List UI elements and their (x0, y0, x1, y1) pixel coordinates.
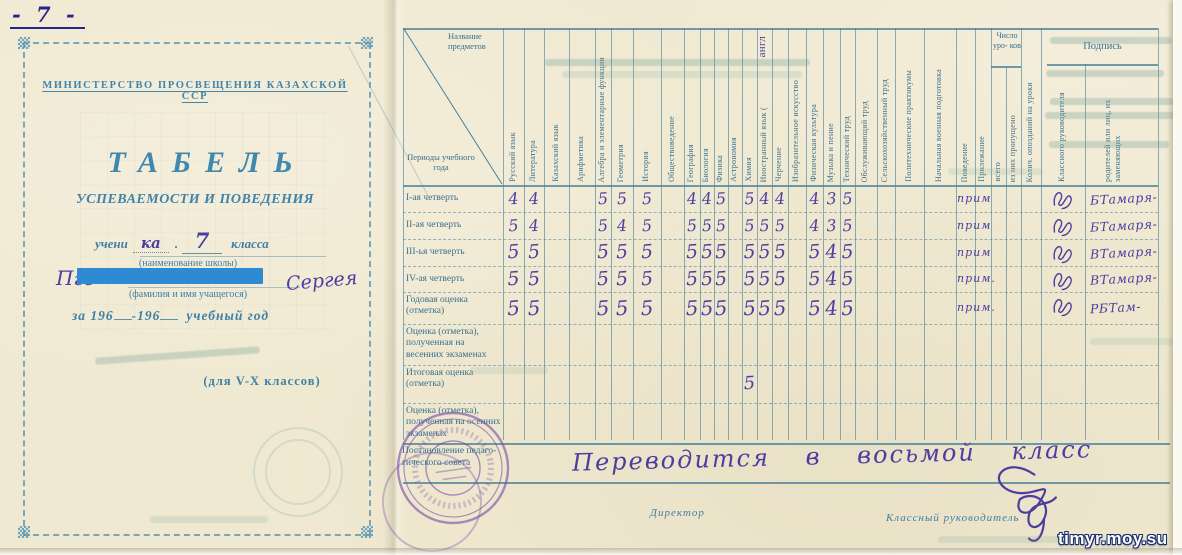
column-header: родителей или лиц, их заменяющих (1103, 68, 1123, 182)
column-header: География (686, 144, 696, 182)
bleed-through-text (1046, 70, 1164, 77)
grade-cell: 5 (805, 238, 824, 266)
column-header: Химия (744, 157, 754, 182)
column-header: Поведение (960, 143, 970, 182)
conduct-note: прим. (957, 272, 993, 285)
teacher-signature (1049, 213, 1079, 239)
grade-cell: 5 (683, 211, 701, 239)
column-header: Геометрия (616, 144, 626, 182)
grade-cell: 5 (632, 265, 662, 293)
class-number-handwriting: 7 (195, 228, 210, 253)
column-line (877, 28, 878, 440)
bleed-through-text (1090, 338, 1175, 345)
name-underline (128, 287, 300, 288)
grade-cell: 5 (713, 292, 729, 325)
scan-edge (0, 548, 1182, 555)
parent-signature: БТамаря- (1090, 216, 1158, 235)
column-line (1158, 28, 1159, 440)
column-line (924, 28, 925, 440)
column-header: Физическая культура (809, 104, 819, 182)
grade-cell: 4 (523, 184, 545, 212)
grade-cell: 4 (805, 211, 824, 239)
bleed-through-text (948, 168, 1043, 175)
bleed-through-text (1049, 141, 1169, 148)
parent-signature: ВТамаря- (1090, 269, 1158, 288)
column-header: Технический труд (842, 116, 852, 182)
column-header: Изобразительное искусство (791, 80, 801, 182)
for-classes-note: (для V-X классов) (162, 374, 362, 389)
column-header: Обществоведение (667, 116, 677, 182)
student-suffix: класса (231, 236, 269, 252)
row-label: IV-ая четверть (406, 274, 501, 285)
council-resolution-label: Постановление педаго- гического совета (402, 446, 527, 470)
grade-cell: 5 (632, 238, 662, 267)
director-label: Директор (650, 507, 705, 519)
grade-cell: 5 (683, 238, 701, 266)
grade-cell: 5 (594, 184, 612, 212)
document-title: ТАБЕЛЬ (60, 146, 340, 180)
grade-cell: 5 (683, 265, 701, 292)
bleed-through-text (1050, 37, 1172, 44)
lessons-count-group-header: Число уро- ков (992, 31, 1022, 50)
parent-signature: РБТам- (1090, 299, 1142, 317)
row-label: II-ая четверть (406, 220, 501, 231)
grade-cell: 5 (523, 291, 545, 324)
grade-cell: 5 (839, 292, 856, 325)
site-watermark: timyr.moy.su (1058, 529, 1168, 549)
parent-signature: БТамаря- (1090, 189, 1158, 208)
scan-edge (1173, 0, 1182, 555)
grade-cell: 5 (610, 184, 634, 212)
border-ornament-icon (361, 37, 373, 49)
grade-cell: 5 (594, 265, 612, 292)
corner-diagonal-line (403, 28, 503, 185)
column-line (569, 28, 570, 440)
dot: . (175, 236, 178, 252)
student-suffix-handwriting: ка (141, 234, 161, 252)
column-header: Русский язык (508, 132, 518, 182)
column-line (1041, 28, 1042, 440)
grade-cell: 5 (713, 212, 729, 240)
column-header: Обслуживающий труд (860, 101, 870, 182)
year-part2: -196 (132, 308, 161, 324)
grade-cell: 5 (839, 212, 856, 240)
grade-cell: 5 (741, 365, 759, 404)
grade-cell: 5 (610, 238, 634, 266)
column-line (1006, 66, 1007, 440)
year-part1: за 196 (72, 308, 114, 324)
grade-cell: 5 (713, 239, 729, 267)
bleed-through-text (470, 367, 548, 374)
grade-cell: 5 (632, 184, 662, 213)
conduct-note: прим. (957, 301, 993, 314)
redaction-bar (77, 268, 263, 284)
grade-cell: 3 (822, 184, 841, 212)
grade-cell: 5 (632, 211, 662, 240)
column-header: Музыка и пение (826, 123, 836, 182)
year-part3: учебный год (186, 308, 269, 324)
grade-cell: 4 (822, 265, 841, 292)
row-label: I-ая четверть (406, 193, 501, 204)
grade-cell: 5 (771, 291, 789, 324)
border-ornament-icon (18, 37, 30, 49)
column-header: Казахский язык (551, 124, 561, 182)
row-line (403, 365, 1158, 366)
column-line (1085, 64, 1086, 440)
grade-cell: 4 (502, 184, 525, 212)
column-header: Сельскохозяйственный труд (880, 79, 890, 182)
column-line (975, 28, 976, 440)
conduct-note: прим (957, 246, 993, 259)
row-label: Оценка (отметка), полученная на весенних… (406, 327, 501, 361)
border-ornament-icon (361, 526, 373, 538)
grade-cell: 5 (523, 265, 545, 292)
grade-cell: 5 (771, 265, 789, 292)
column-header: Биология (701, 148, 711, 182)
column-header: Физика (715, 155, 725, 182)
grade-cell: 5 (502, 211, 525, 239)
row-line (403, 324, 1158, 325)
bleed-through-stamp (265, 439, 331, 505)
bleed-through-text (1050, 98, 1174, 105)
conduct-note: прим (957, 219, 993, 232)
column-header: Классного руководителя (1057, 92, 1067, 182)
grade-cell: 3 (822, 211, 841, 239)
column-header: Политехнические практикумы (904, 70, 914, 182)
conduct-note: прим (957, 192, 993, 205)
grade-cell: 5 (632, 291, 662, 325)
grade-cell: 5 (594, 211, 612, 239)
document-subtitle: УСПЕВАЕМОСТИ И ПОВЕДЕНИЯ (23, 192, 367, 208)
grade-cell: 5 (502, 265, 525, 292)
grade-cell: 5 (713, 185, 729, 213)
student-prefix: учени (95, 236, 128, 252)
column-line (956, 28, 957, 440)
column-header: Литература (528, 140, 538, 182)
grade-cell: 5 (610, 265, 634, 292)
grade-cell: 5 (771, 211, 789, 239)
border-ornament-icon (18, 526, 30, 538)
column-line (1021, 28, 1022, 440)
ministry-header: МИНИСТЕРСТВО ПРОСВЕЩЕНИЯ КАЗАХСКОЙ ССР (36, 80, 354, 102)
parent-signature: ВТамаря- (1090, 243, 1158, 262)
grade-cell: 5 (713, 266, 729, 293)
column-header: Иностранный язык ( (759, 107, 769, 182)
grade-cell: 5 (523, 238, 545, 266)
teacher-signature (1049, 267, 1079, 293)
name-caption: (фамилия и имя учащегося) (88, 289, 288, 300)
student-line: учени ка . 7 класса (95, 228, 269, 254)
bleed-through-text (562, 71, 802, 78)
grade-cell: 5 (610, 291, 634, 324)
column-header: Арифметика (576, 136, 586, 182)
column-header: Начальная военная подготовка (934, 69, 944, 182)
school-name-line (140, 256, 326, 257)
column-header: Астрономия (729, 137, 739, 182)
row-line (403, 28, 1158, 30)
column-line (991, 28, 992, 440)
grade-cell: 4 (805, 184, 824, 212)
student-suffix-blank: ка (133, 234, 169, 253)
school-year-line: за 196 -196 учебный год (72, 308, 269, 324)
column-header: История (641, 151, 651, 182)
bleed-through-text (545, 59, 810, 66)
bleed-through-text (150, 516, 268, 523)
grade-cell: 4 (822, 238, 841, 266)
grade-cell: 5 (502, 291, 525, 324)
scanned-report-card: - 7 - МИНИСТЕРСТВО ПРОСВЕЩЕНИЯ КАЗАХСКОЙ… (0, 0, 1182, 555)
row-line (1047, 64, 1158, 66)
grade-cell: 4 (683, 184, 701, 212)
page-number: - 7 - (10, 2, 85, 29)
grade-cell: 5 (839, 239, 856, 267)
grade-cell: 4 (523, 211, 545, 239)
column-header: Колич. опозданий на уроки (1025, 82, 1035, 182)
row-line (403, 403, 1158, 404)
column-header: Черчение (774, 147, 784, 182)
bleed-through-text (1045, 112, 1175, 119)
column-line (895, 28, 896, 440)
grade-cell: 4 (771, 184, 789, 212)
language-handwriting-note: англ (756, 36, 770, 57)
grade-cell: 5 (805, 265, 824, 292)
teacher-signature (1049, 293, 1079, 319)
teacher-signature (1049, 186, 1079, 212)
class-number-blank: 7 (182, 228, 222, 254)
grade-cell: 5 (839, 185, 856, 213)
grade-cell: 5 (594, 238, 612, 266)
grade-cell: 5 (839, 266, 856, 293)
grade-cell: 5 (502, 238, 525, 266)
column-header: Прилежание (977, 136, 987, 182)
row-label: Годовая оценка (отметка) (406, 295, 501, 318)
grade-cell: 5 (771, 238, 789, 266)
teacher-signature (1049, 240, 1079, 266)
grade-cell: 4 (610, 211, 634, 239)
row-label: III-ья четверть (406, 247, 501, 258)
